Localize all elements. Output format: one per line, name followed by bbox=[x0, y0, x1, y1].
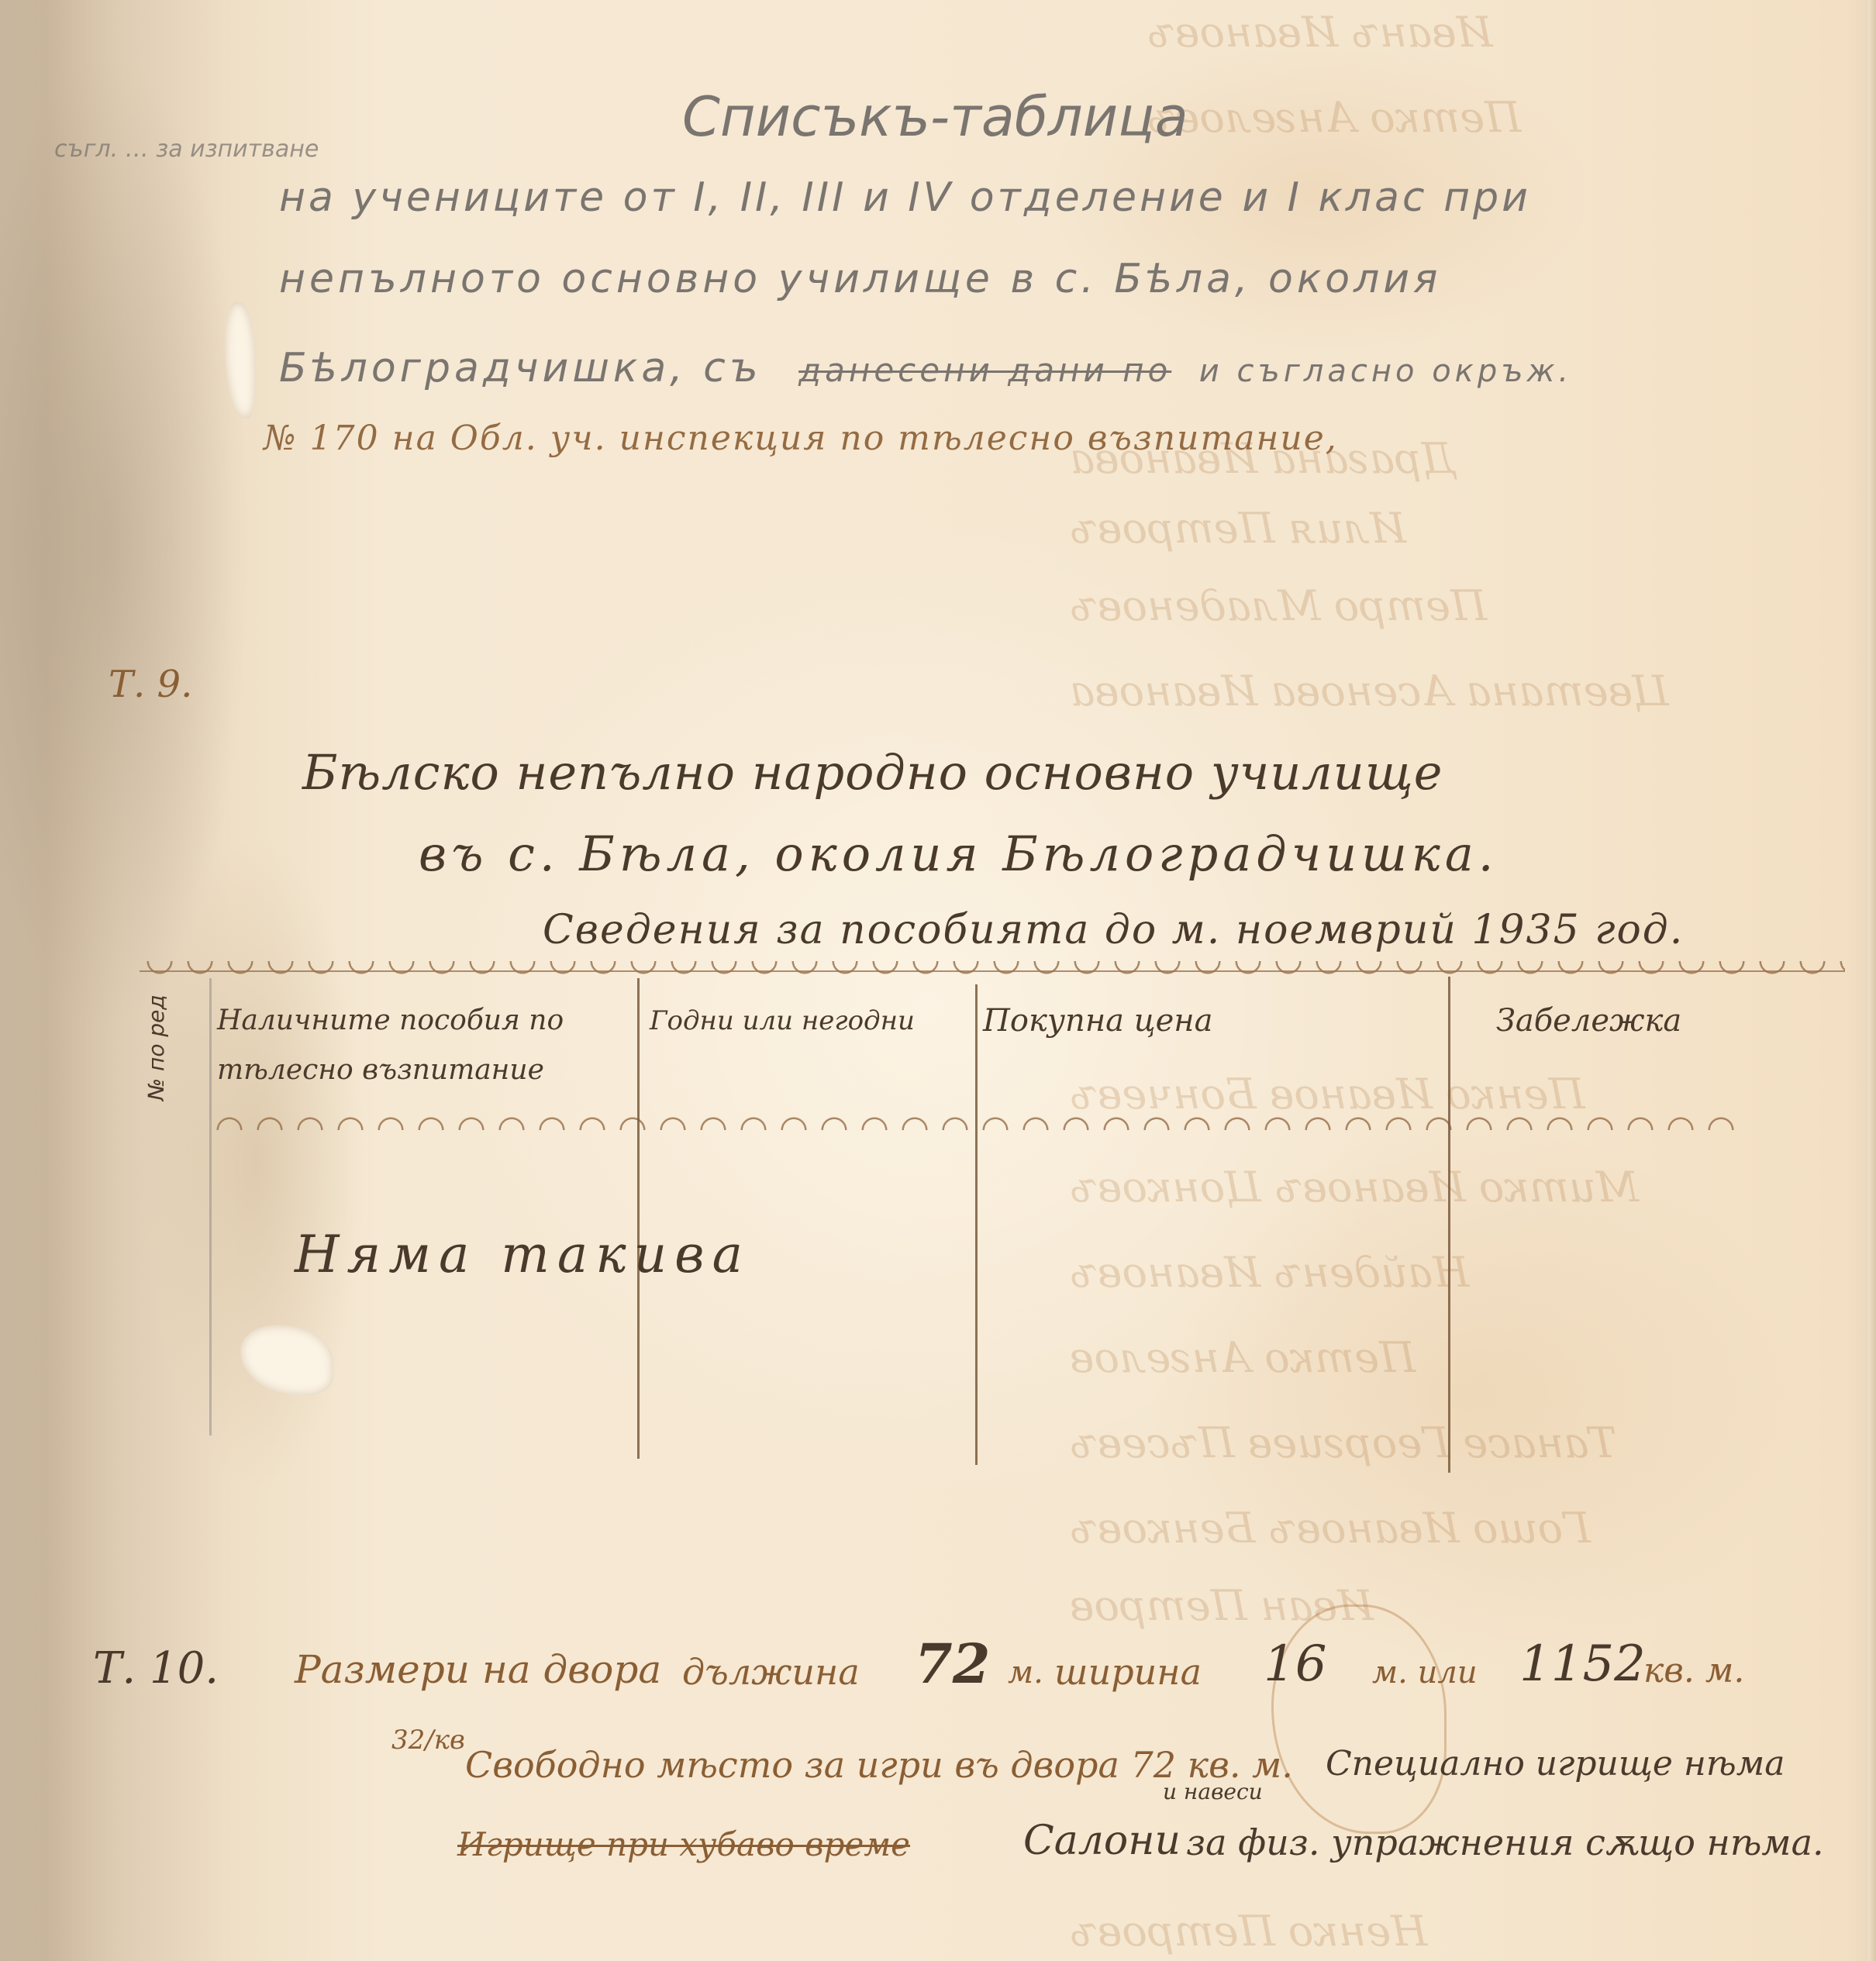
section-9-label: Т. 9. bbox=[109, 663, 192, 706]
col-header-items: Наличните пособия по тѣлесно възпитание bbox=[217, 996, 636, 1095]
col-header-number: № по ред bbox=[132, 994, 181, 1101]
special-playground-text: Специално игрище нѣма bbox=[1326, 1744, 1785, 1784]
intro-line-4: № 170 на Обл. уч. инспекция по тѣлесно в… bbox=[264, 419, 1338, 458]
bleed-text: Пенко Иванов Бончевъ bbox=[1070, 1070, 1585, 1118]
report-subtitle: Сведения за пособията до м. ноемврий 193… bbox=[543, 907, 1684, 953]
width-label: ширина bbox=[1054, 1651, 1202, 1693]
area-value: 1152 bbox=[1519, 1635, 1646, 1693]
intro-line-1: на учениците от I, II, III и IV отделени… bbox=[279, 174, 1531, 221]
section-10-label: Т. 10. bbox=[93, 1643, 219, 1694]
area-unit: кв. м. bbox=[1643, 1651, 1744, 1690]
bleed-text: Ненко Петровъ bbox=[1070, 1907, 1427, 1956]
column-divider bbox=[209, 978, 212, 1435]
halls-text: Салони bbox=[1023, 1818, 1181, 1864]
page-edge bbox=[1868, 0, 1876, 1961]
col-header-price: Покупна цена bbox=[983, 996, 1213, 1046]
bleed-text: Найденъ Ивановъ bbox=[1070, 1248, 1469, 1297]
bleed-text: Илия Петровъ bbox=[1070, 504, 1406, 553]
document-title: Списъкъ-таблица bbox=[682, 85, 1188, 149]
struck-text: данесени дани по bbox=[798, 351, 1171, 389]
bleed-text: Иванъ Ивановъ bbox=[1147, 8, 1493, 57]
column-divider bbox=[1448, 977, 1450, 1473]
intro-line-3: Бѣлоградчишка, съ данесени дани по и съг… bbox=[279, 345, 1572, 391]
margin-note: съгл. … за изпитване bbox=[54, 136, 319, 163]
col-header-condition: Годни или негодни bbox=[650, 996, 915, 1046]
width-unit: м. или bbox=[1372, 1655, 1478, 1690]
table-top-border-2 bbox=[140, 970, 1845, 972]
intro-text: Бѣлоградчишка, съ bbox=[279, 345, 762, 391]
school-name: Бѣлско непълно народно основно училище bbox=[302, 744, 1443, 801]
bleed-text: Петро Младеновъ bbox=[1070, 581, 1487, 630]
halls-continuation: за физ. упражнения сѫщо нѣма. bbox=[1186, 1821, 1824, 1863]
intro-line-2: непълното основно училище в с. Бѣла, око… bbox=[279, 256, 1441, 302]
bleed-text: Петко Ангелов bbox=[1070, 1333, 1416, 1382]
width-value: 16 bbox=[1264, 1635, 1326, 1693]
col-header-note: Забележка bbox=[1496, 996, 1681, 1046]
length-label: дължина bbox=[682, 1651, 860, 1693]
fraction-note: 32/кв bbox=[391, 1725, 465, 1756]
bleed-text: Цветана Асенова Иванова bbox=[1070, 667, 1669, 715]
length-value: 72 bbox=[915, 1632, 990, 1696]
struck-playground-text: Игрище при хубаво време bbox=[457, 1825, 910, 1863]
bleed-text: Танасе Георгиев Пъсевъ bbox=[1070, 1418, 1616, 1467]
table-row-item: Няма такива bbox=[295, 1225, 750, 1284]
bleed-text: Гошо Ивановъ Бенковъ bbox=[1070, 1504, 1591, 1553]
insertion-text: и навеси bbox=[1163, 1779, 1263, 1804]
school-location: въ с. Бѣла, околия Бѣлоградчишка. bbox=[419, 825, 1498, 882]
bleed-text: Петко Ангеловъ bbox=[1147, 93, 1521, 142]
table-top-border bbox=[140, 961, 1845, 975]
yard-size-label: Размери на двора bbox=[295, 1647, 661, 1692]
length-unit: м. bbox=[1008, 1655, 1043, 1690]
bleed-text: Митко Ивановъ Цонковъ bbox=[1070, 1163, 1639, 1211]
column-divider bbox=[975, 984, 978, 1465]
column-divider bbox=[637, 978, 640, 1459]
intro-continuation: и съгласно окръж. bbox=[1199, 353, 1572, 389]
